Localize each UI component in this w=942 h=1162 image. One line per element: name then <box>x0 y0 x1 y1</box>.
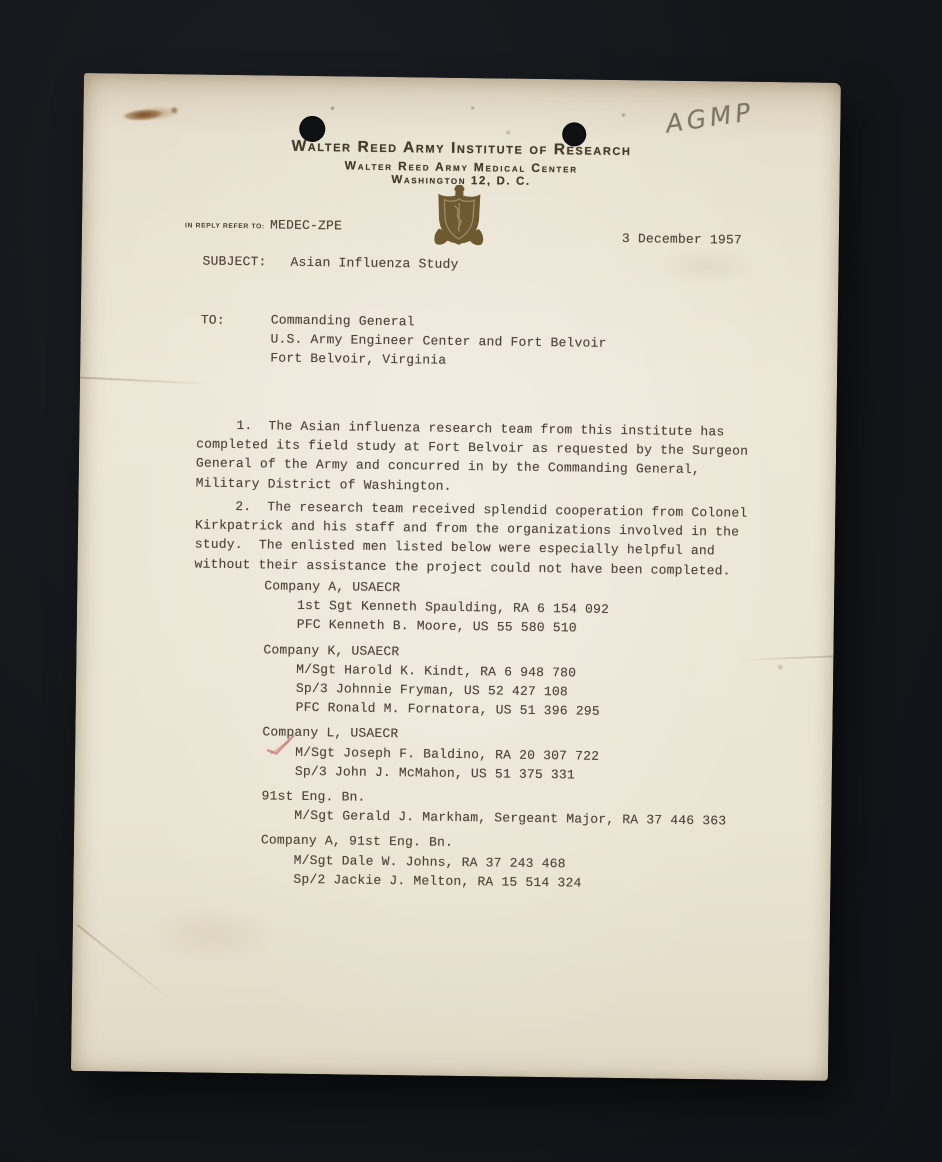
paper-crease <box>738 655 833 661</box>
paper-crease <box>80 377 215 385</box>
roster-group: 91st Eng. Bn.M/Sgt Gerald J. Markham, Se… <box>261 786 727 830</box>
red-check-mark-icon <box>265 732 299 763</box>
to-label: TO: <box>201 311 225 331</box>
roster-group: Company L, USAECRM/Sgt Joseph F. Baldino… <box>262 723 728 787</box>
photo-background: AGMP Walter Reed Army Institute of Resea… <box>0 0 942 1162</box>
reply-refer-code: MEDEC-ZPE <box>270 215 342 235</box>
paragraph-2: 2. The research team received splendid c… <box>194 496 747 580</box>
paragraph-1: 1. The Asian influenza research team fro… <box>196 416 749 500</box>
typed-line: Fort Belvoir, Virginia <box>270 349 606 373</box>
document-paper: AGMP Walter Reed Army Institute of Resea… <box>71 73 841 1081</box>
subject-line: SUBJECT: Asian Influenza Study <box>202 252 458 275</box>
paper-crease <box>77 924 172 1001</box>
roster-group: Company A, USAECR1st Sgt Kenneth Spauldi… <box>264 576 730 640</box>
handwritten-annotation: AGMP <box>664 97 756 138</box>
roster-group: Company A, 91st Eng. Bn.M/Sgt Dale W. Jo… <box>260 831 726 895</box>
staple-rust-stain <box>115 99 189 128</box>
letterhead: Walter Reed Army Institute of Research W… <box>83 135 841 192</box>
army-medical-crest-icon <box>432 185 485 257</box>
roster-group: Company K, USAECRM/Sgt Harold K. Kindt, … <box>263 640 729 723</box>
to-address: Commanding GeneralU.S. Army Engineer Cen… <box>270 310 607 372</box>
reply-refer-label: IN REPLY REFER TO: <box>185 222 265 230</box>
date-line: 3 December 1957 <box>622 229 742 250</box>
roster: Company A, USAECR1st Sgt Kenneth Spauldi… <box>260 576 729 900</box>
